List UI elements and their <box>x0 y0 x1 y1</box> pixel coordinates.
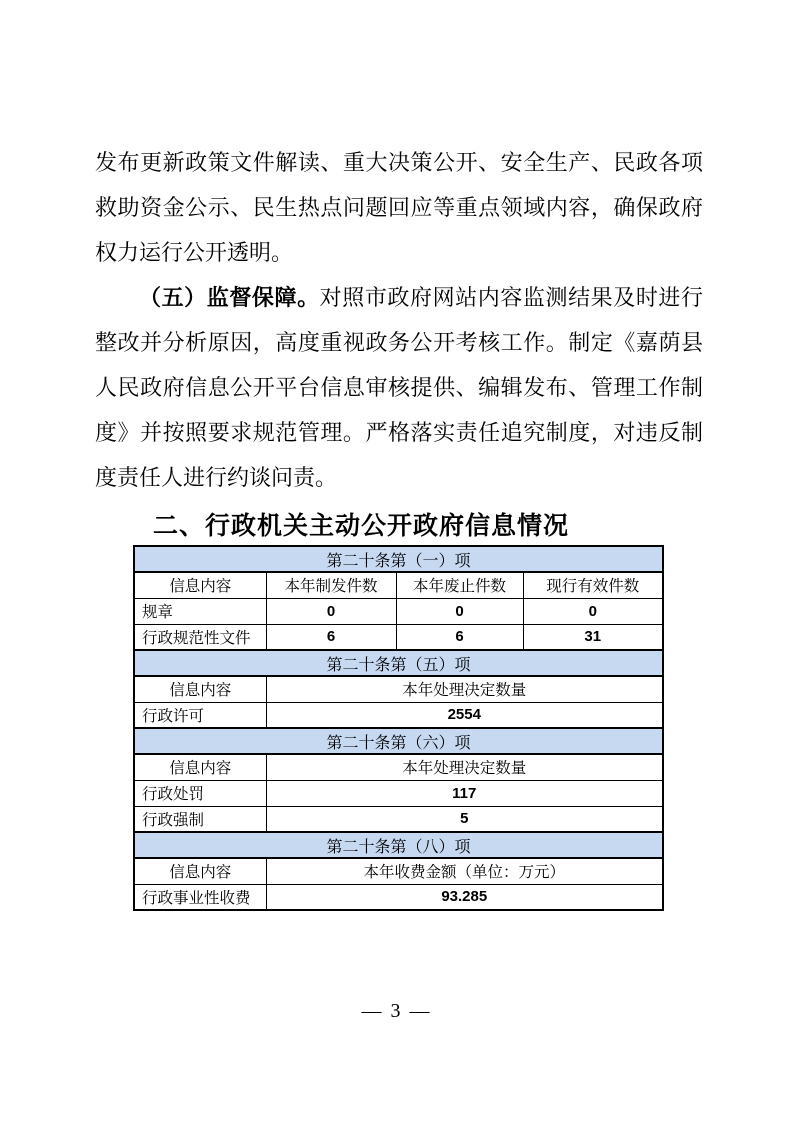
table-row: 行政事业性收费 93.285 <box>134 884 663 910</box>
section-1-col-2: 本年废止件数 <box>396 572 523 598</box>
row-value: 31 <box>523 624 663 650</box>
table-section-title-row: 第二十条第（一）项 <box>134 546 663 572</box>
section-heading: 二、行政机关主动公开政府信息情况 <box>95 509 703 543</box>
section-1-col-3: 现行有效件数 <box>523 572 663 598</box>
table-section-title-row: 第二十条第（八）项 <box>134 832 663 858</box>
section-3-col-1: 本年处理决定数量 <box>266 754 663 780</box>
row-value: 0 <box>523 598 663 624</box>
section-4-col-1: 本年收费金额（单位：万元） <box>266 858 663 884</box>
row-value: 0 <box>266 598 396 624</box>
paragraph-lead-bold: （五）监督保障。 <box>139 285 320 310</box>
row-label: 行政许可 <box>134 702 266 728</box>
table-row: 行政强制 5 <box>134 806 663 832</box>
row-label: 行政强制 <box>134 806 266 832</box>
section-4-title: 第二十条第（八）项 <box>134 832 663 858</box>
table-row: 行政规范性文件 6 6 31 <box>134 624 663 650</box>
row-value: 6 <box>396 624 523 650</box>
table-header-row: 信息内容 本年制发件数 本年废止件数 现行有效件数 <box>134 572 663 598</box>
section-4-col-0: 信息内容 <box>134 858 266 884</box>
row-value: 0 <box>396 598 523 624</box>
paragraph-continuation: 发布更新政策文件解读、重大决策公开、安全生产、民政各项救助资金公示、民生热点问题… <box>95 140 703 275</box>
info-disclosure-table: 第二十条第（一）项 信息内容 本年制发件数 本年废止件数 现行有效件数 规章 0… <box>133 545 664 911</box>
table-header-row: 信息内容 本年处理决定数量 <box>134 676 663 702</box>
table-row: 行政许可 2554 <box>134 702 663 728</box>
section-1-title: 第二十条第（一）项 <box>134 546 663 572</box>
table-row: 规章 0 0 0 <box>134 598 663 624</box>
document-page: 发布更新政策文件解读、重大决策公开、安全生产、民政各项救助资金公示、民生热点问题… <box>0 0 793 1122</box>
row-value: 2554 <box>266 702 663 728</box>
section-1-col-1: 本年制发件数 <box>266 572 396 598</box>
table-section-title-row: 第二十条第（六）项 <box>134 728 663 754</box>
page-number: — 3 — <box>0 1000 793 1023</box>
paragraph-lead-rest: 对照市政府网站内容监测结果及时进行整改并分析原因，高度重视政务公开考核工作。制定… <box>95 285 703 490</box>
row-value: 6 <box>266 624 396 650</box>
row-label: 行政规范性文件 <box>134 624 266 650</box>
table-section-title-row: 第二十条第（五）项 <box>134 650 663 676</box>
row-label: 行政事业性收费 <box>134 884 266 910</box>
table-header-row: 信息内容 本年处理决定数量 <box>134 754 663 780</box>
row-label: 行政处罚 <box>134 780 266 806</box>
body-text: 发布更新政策文件解读、重大决策公开、安全生产、民政各项救助资金公示、民生热点问题… <box>95 140 703 500</box>
row-value: 117 <box>266 780 663 806</box>
table-row: 行政处罚 117 <box>134 780 663 806</box>
row-value: 5 <box>266 806 663 832</box>
section-3-title: 第二十条第（六）项 <box>134 728 663 754</box>
table-header-row: 信息内容 本年收费金额（单位：万元） <box>134 858 663 884</box>
row-value: 93.285 <box>266 884 663 910</box>
section-3-col-0: 信息内容 <box>134 754 266 780</box>
row-label: 规章 <box>134 598 266 624</box>
section-2-title: 第二十条第（五）项 <box>134 650 663 676</box>
paragraph-supervision: （五）监督保障。对照市政府网站内容监测结果及时进行整改并分析原因，高度重视政务公… <box>95 275 703 500</box>
section-2-col-1: 本年处理决定数量 <box>266 676 663 702</box>
section-1-col-0: 信息内容 <box>134 572 266 598</box>
section-2-col-0: 信息内容 <box>134 676 266 702</box>
